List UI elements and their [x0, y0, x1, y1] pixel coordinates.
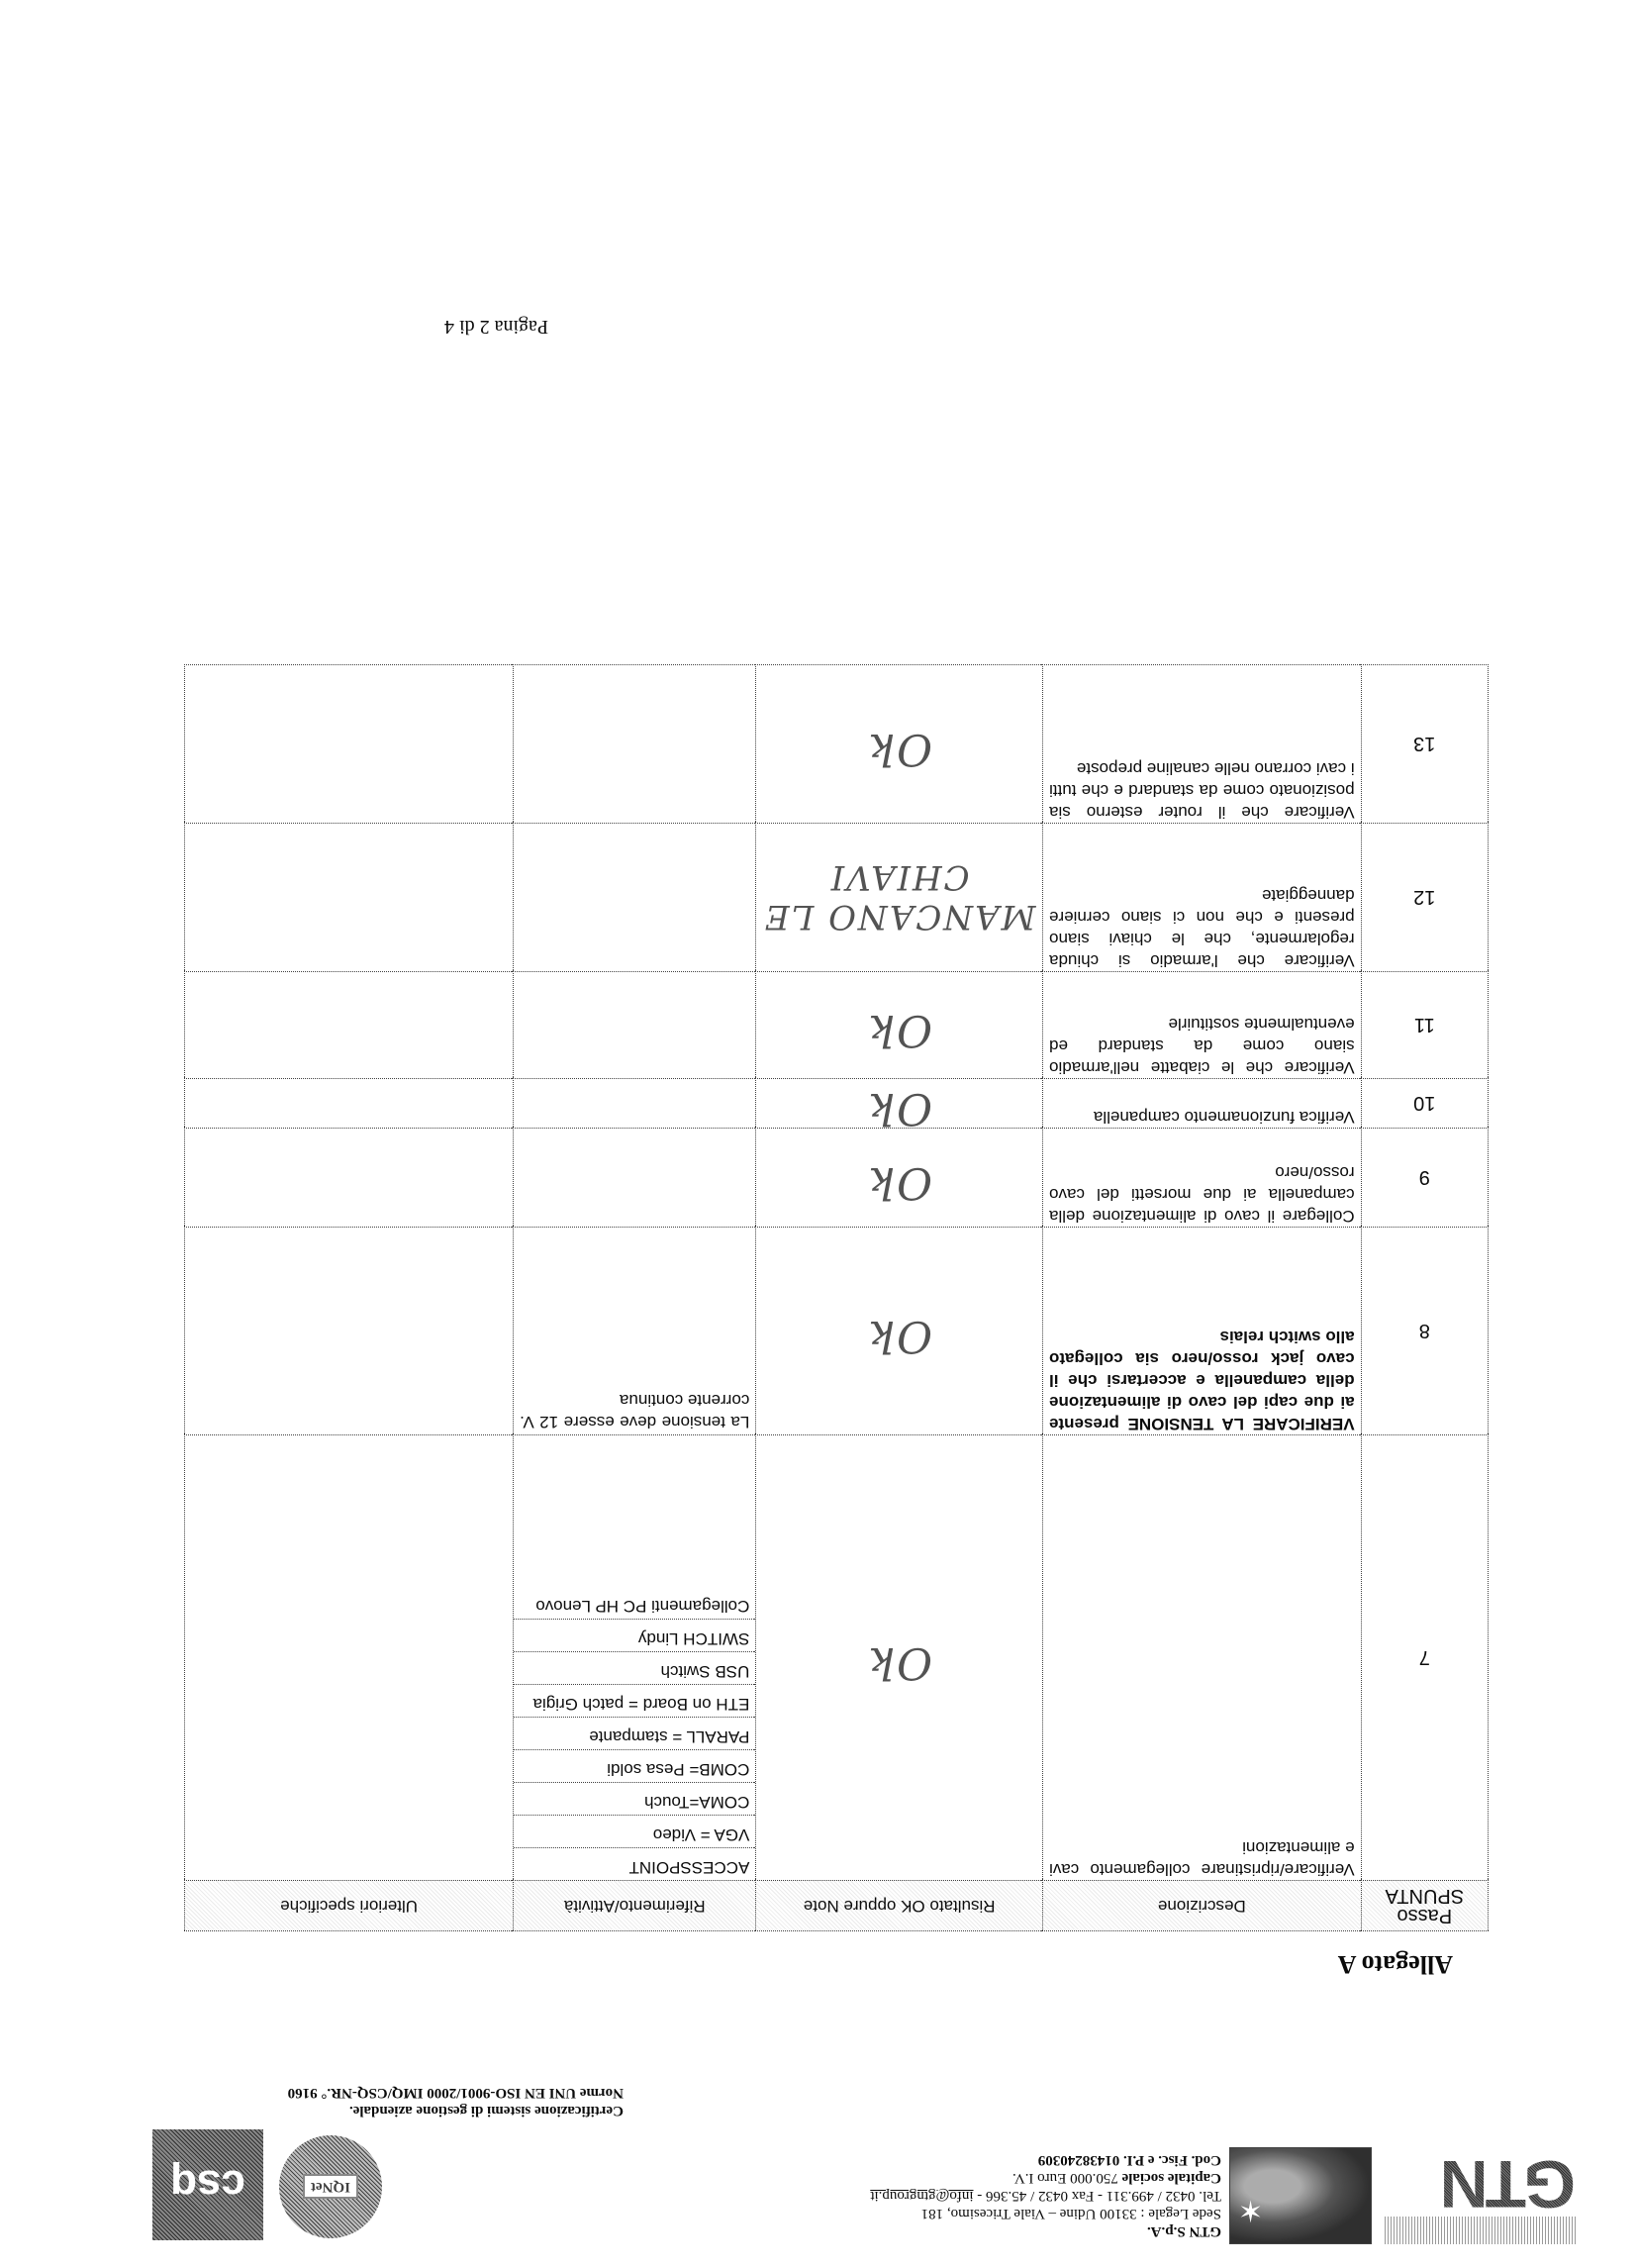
checklist-table: Passo SPUNTA Descrizione Risultato OK op… [184, 664, 1489, 1931]
step-number: 13 [1361, 665, 1488, 824]
notes-cell [185, 1435, 514, 1881]
logo-emblem-icon: ✶ [1229, 2147, 1372, 2244]
company-capital: Capitale sociale 750.000 Euro I.V. [529, 2169, 1221, 2187]
iqnet-label: IQNet [303, 2175, 358, 2200]
csq-logo-icon: csq [152, 2129, 263, 2240]
reference-cell [514, 1079, 756, 1129]
company-tax: Cod. Fisc. e P.I. 01438240309 [529, 2151, 1221, 2169]
email-link[interactable]: info@gtngroup.it [870, 2188, 973, 2204]
step-description: Verificare che il router esterno sia pos… [1043, 665, 1362, 824]
table-row: 12Verificare che l'armadio si chiuda reg… [185, 824, 1489, 972]
reference-item: USB Switch [514, 1651, 755, 1684]
notes-cell [185, 824, 514, 972]
reference-cell: La tensione deve essere 12 V. corrente c… [514, 1228, 756, 1435]
step-description: Verificare che l'armadio si chiuda regol… [1043, 824, 1362, 972]
result-cell: MANCANO LE CHIAVI [756, 824, 1043, 972]
company-address: Sede Legale : 33100 Udine – Viale Trices… [529, 2205, 1221, 2222]
reference-cell: ACCESSPOINTVGA = VideoCOMA=TouchCOMB= Pe… [514, 1435, 756, 1881]
tax-label: Cod. Fisc. e P.I. [1123, 2152, 1221, 2168]
reference-item: La tensione deve essere 12 V. corrente c… [514, 1387, 755, 1434]
notes-cell [185, 1079, 514, 1129]
notes-cell [185, 1228, 514, 1435]
company-name: GTN S.p.A. [529, 2222, 1221, 2240]
handwritten-result: Ok [866, 1311, 932, 1361]
handwritten-result: Ok [866, 1083, 932, 1134]
notes-cell [185, 665, 514, 824]
step-description: Verificare/ripristinare collegamento cav… [1043, 1435, 1362, 1881]
certification-logos: IQNet csq [158, 2149, 386, 2268]
table-row: 7Verificare/ripristinare collegamento ca… [185, 1435, 1489, 1881]
company-logo: GTN ✶ [1219, 2147, 1576, 2244]
col-header-notes: Ulteriori specifiche [185, 1881, 514, 1931]
iqnet-logo-icon: IQNet [279, 2135, 382, 2238]
step-description: Verificare che le ciabatte nell'armadio … [1043, 972, 1362, 1079]
logo-text: GTN [1442, 2153, 1576, 2215]
table-row: 9Collegare il cavo di alimentazione dell… [185, 1129, 1489, 1228]
table-header-row: Passo SPUNTA Descrizione Risultato OK op… [185, 1881, 1489, 1931]
step-number: 9 [1361, 1129, 1488, 1228]
company-contacts: Tel. 0432 / 499.311 - Fax 0432 / 45.366 … [529, 2187, 1221, 2205]
cert-line-2: Norme UNI EN ISO-9001/2000 IMQ/CSQ-NR.° … [158, 2084, 624, 2102]
reference-item: COMB= Pesa soldi [514, 1749, 755, 1782]
step-description: VERIFICARE LA TENSIONE presente ai due c… [1043, 1228, 1362, 1435]
table-row: 11Verificare che le ciabatte nell'armadi… [185, 972, 1489, 1079]
tax-value: 01438240309 [1038, 2152, 1123, 2168]
result-cell: Ok [756, 1129, 1043, 1228]
notes-cell [185, 1129, 514, 1228]
result-cell: Ok [756, 1079, 1043, 1129]
reference-item: PARALL = stampante [514, 1717, 755, 1749]
step-number: 7 [1361, 1435, 1488, 1881]
handwritten-result: Ok [866, 1005, 932, 1055]
reference-item: Collegamenti PC HP Lenovo [514, 1587, 755, 1619]
company-info: GTN S.p.A. Sede Legale : 33100 Udine – V… [529, 2151, 1221, 2240]
reference-item: ACCESSPOINT [514, 1847, 755, 1880]
handwritten-result: MANCANO LE CHIAVI [763, 858, 1036, 937]
notes-cell [185, 972, 514, 1079]
reference-cell [514, 824, 756, 972]
col-header-result: Risultato OK oppure Note [756, 1881, 1043, 1931]
page-number: Pagina 2 di 4 [444, 315, 548, 338]
result-cell: Ok [756, 1435, 1043, 1881]
table-row: 10Verifica funzionamento campanellaOk [185, 1079, 1489, 1129]
reference-cell [514, 1129, 756, 1228]
step-number: 10 [1361, 1079, 1488, 1129]
reference-item: SWITCH Lindy [514, 1619, 755, 1651]
result-cell: Ok [756, 1228, 1043, 1435]
handwritten-result: Ok [866, 1157, 932, 1208]
handwritten-result: Ok [866, 1637, 932, 1688]
result-cell: Ok [756, 665, 1043, 824]
cert-line-1: Certificazione sistemi di gestione azien… [158, 2102, 624, 2120]
col-header-description: Descrizione [1043, 1881, 1362, 1931]
table-row: 8VERIFICARE LA TENSIONE presente ai due … [185, 1228, 1489, 1435]
capital-value: 750.000 Euro I.V. [1012, 2170, 1122, 2186]
result-cell: Ok [756, 972, 1043, 1079]
reference-item: COMA=Touch [514, 1782, 755, 1815]
reference-item: VGA = Video [514, 1815, 755, 1847]
step-number: 8 [1361, 1228, 1488, 1435]
reference-cell [514, 665, 756, 824]
table-row: 13Verificare che il router esterno sia p… [185, 665, 1489, 824]
reference-cell [514, 972, 756, 1079]
scanned-page: GTN ✶ GTN S.p.A. Sede Legale : 33100 Udi… [0, 0, 1637, 2268]
step-description: Verifica funzionamento campanella [1043, 1079, 1362, 1129]
certification-text: Certificazione sistemi di gestione azien… [158, 2084, 624, 2120]
gtn-logo: GTN [1384, 2147, 1576, 2244]
col-header-reference: Riferimento/Attività [514, 1881, 756, 1931]
step-number: 11 [1361, 972, 1488, 1079]
col-header-step: Passo SPUNTA [1361, 1881, 1488, 1931]
handwritten-result: Ok [866, 724, 932, 774]
capital-label: Capitale sociale [1122, 2170, 1221, 2186]
annex-title: Allegato A [1338, 1949, 1453, 1979]
step-description: Collegare il cavo di alimentazione della… [1043, 1129, 1362, 1228]
reference-item: ETH on Board = patch Grigia [514, 1684, 755, 1717]
phone-fax: Tel. 0432 / 499.311 - Fax 0432 / 45.366 … [974, 2188, 1221, 2204]
step-number: 12 [1361, 824, 1488, 972]
